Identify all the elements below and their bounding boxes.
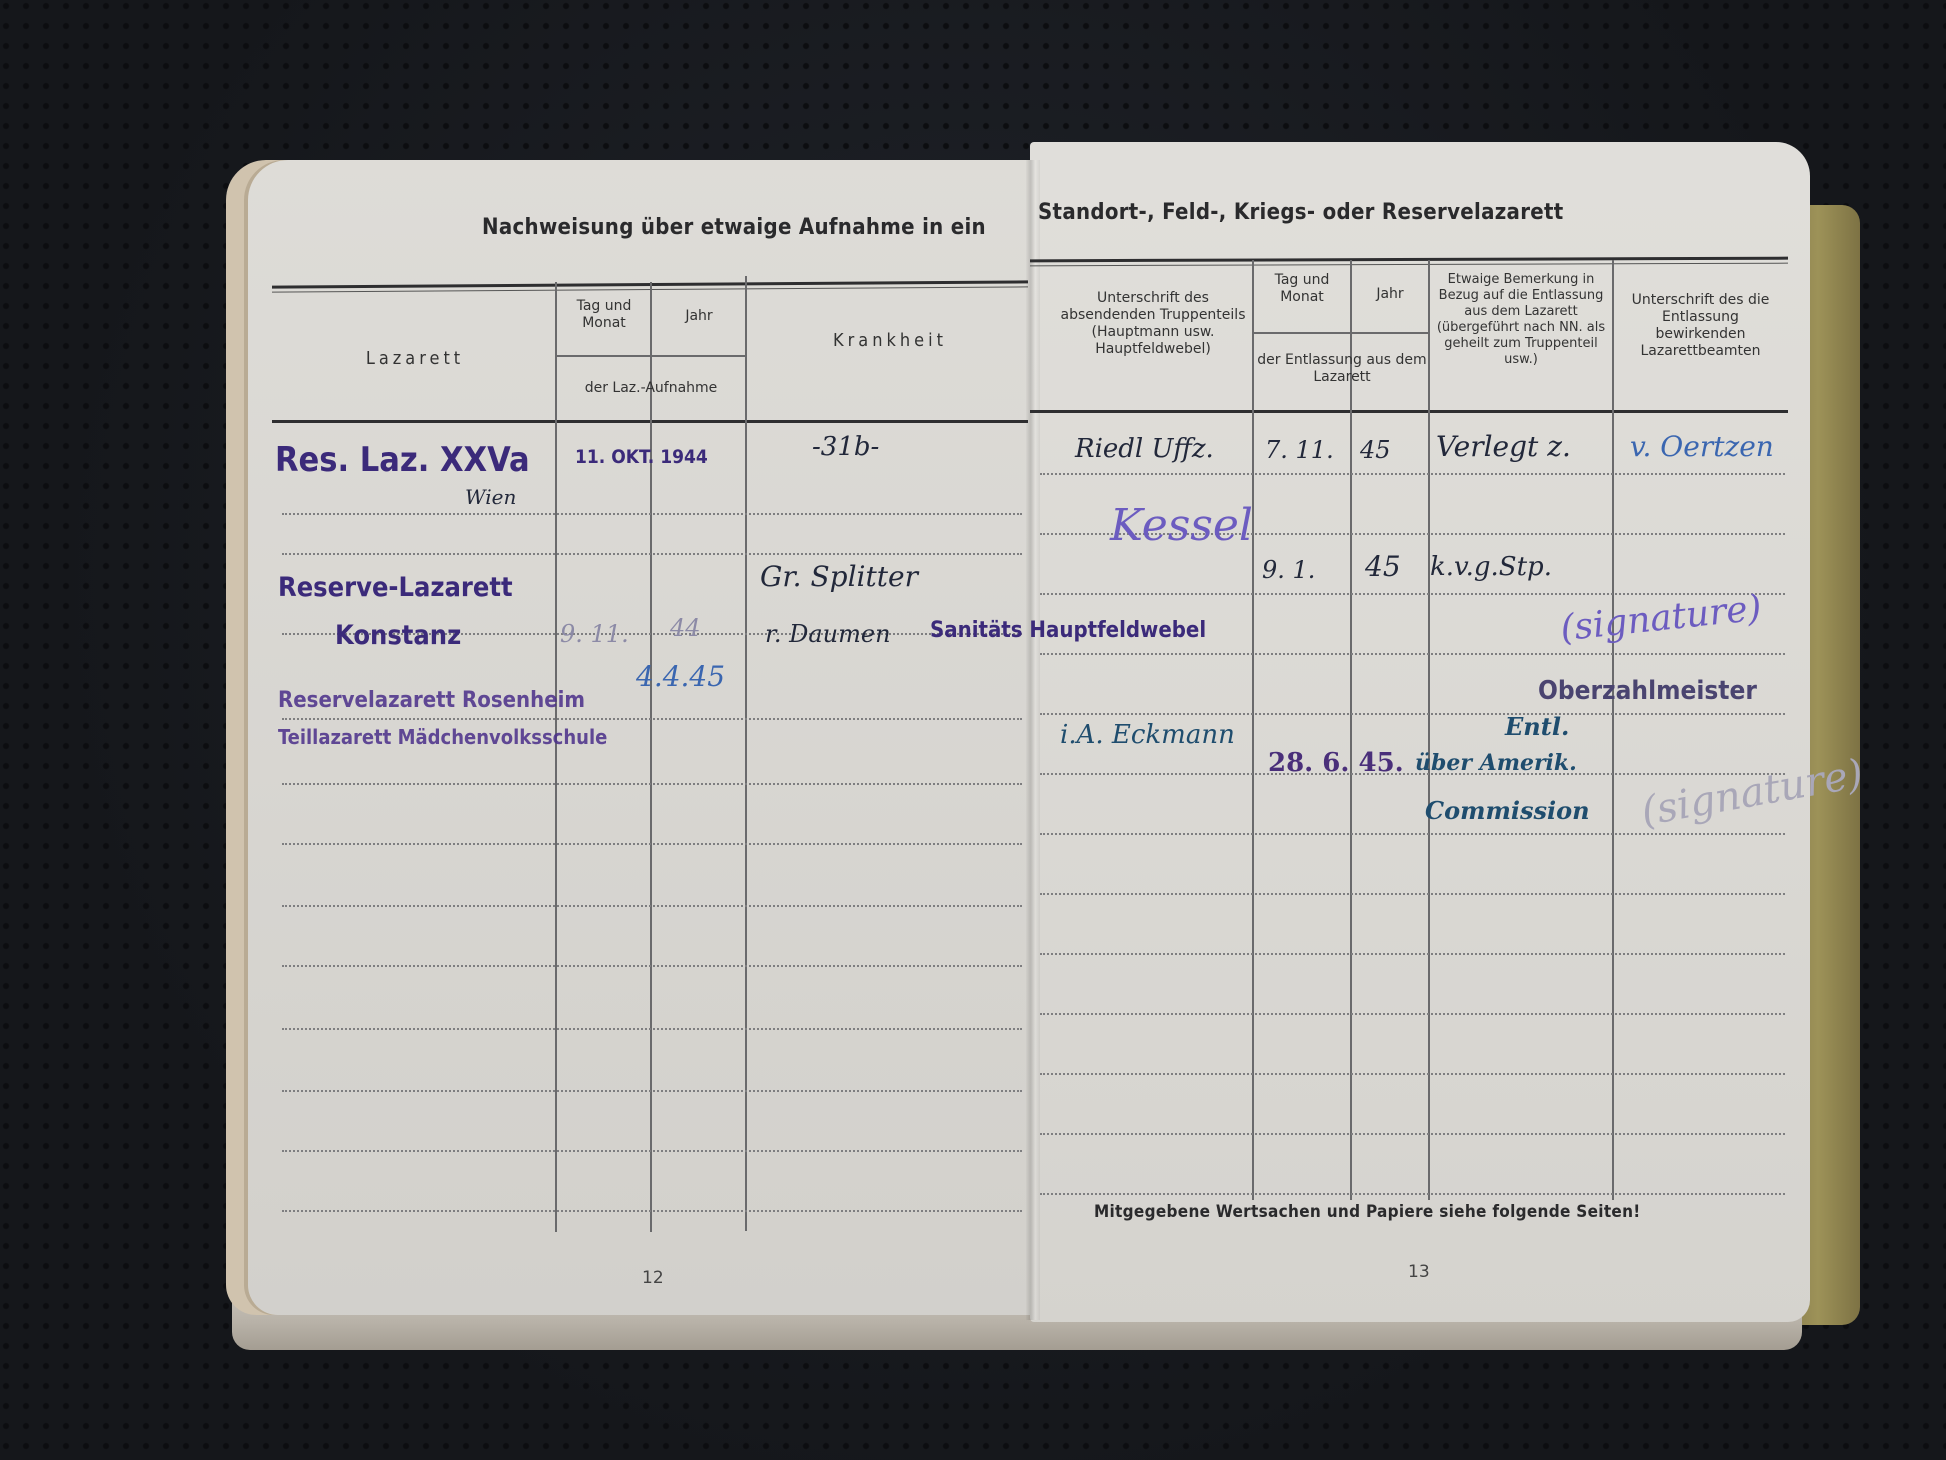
header-subdivider-right [1253,332,1429,334]
stamp-reservelazarett-rosenheim: Reservelazarett Rosenheim [278,688,585,713]
header-admission-year: Jahr [655,308,743,325]
footer-note: Mitgegebene Wertsachen und Papiere siehe… [1094,1202,1641,1222]
dotted-row-line [282,905,1022,907]
dotted-row-line [1040,653,1785,655]
krankheit-daumen: r. Daumen [765,620,891,648]
header-truppenteil-signature: Unterschrift des absendenden Truppenteil… [1058,290,1248,358]
dotted-row-line [1040,713,1785,715]
dotted-row-line [282,843,1022,845]
col-divider [1612,260,1614,1200]
col-divider [1252,260,1254,1200]
book-spine-fold [1026,160,1040,1320]
krankheit-splitter: Gr. Splitter [760,560,918,593]
page-number-right: 13 [1408,1262,1430,1282]
dotted-row-line [1040,1073,1785,1075]
stamp-admission-date: 11. OKT. 1944 [575,446,708,468]
header-krankheit: Krankheit [760,332,1020,349]
admission-year-2: 44 [670,614,701,642]
stamp-discharge-date: 28. 6. 45. [1268,748,1404,778]
dotted-row-line [1040,1193,1785,1195]
header-discharge-year: Jahr [1354,286,1426,303]
dotted-row-line [1040,593,1785,595]
dotted-row-line [282,1150,1022,1152]
dotted-row-line [282,513,1022,515]
dotted-row-line [1040,1013,1785,1015]
handwriting-wien: Wien [465,485,516,509]
header-lazarett: Lazarett [290,350,540,367]
title-right: Standort-, Feld-, Kriegs- oder Reservela… [1038,200,1564,225]
page-number-left: 12 [642,1268,664,1288]
dotted-row-line [1040,773,1785,775]
discharge-day-month-1: 7. 11. [1265,436,1334,464]
stamp-teillazarett: Teillazarett Mädchenvolksschule [278,725,607,749]
dotted-row-line [1040,1133,1785,1135]
stamp-konstanz: Konstanz [335,620,461,651]
dotted-row-line [282,1210,1022,1212]
dotted-row-line [282,718,1022,720]
discharge-year-1: 45 [1360,436,1391,464]
dotted-row-line [282,965,1022,967]
stamp-res-laz-xxva: Res. Laz. XXVa [275,440,530,480]
remark-ueber-amerik: über Amerik. [1415,750,1577,776]
stamp-sanitaets-hauptfeldwebel: Sanitäts Hauptfeldwebel [930,618,1206,643]
col-divider [1428,260,1430,1200]
remark-verlegt: Verlegt z. [1436,430,1571,463]
stamp-reserve-lazarett: Reserve-Lazarett [278,572,513,603]
remark-entl: Entl. [1505,712,1569,741]
remark-commission: Commission [1425,796,1590,825]
signature-v-oertzen: v. Oertzen [1630,430,1774,463]
admission-date-3: 4.4.45 [636,660,725,693]
discharge-year-2: 45 [1365,550,1401,583]
dotted-row-line [282,1028,1022,1030]
dotted-row-line [282,783,1022,785]
dotted-row-line [1040,893,1785,895]
signature-eckmann: i.A. Eckmann [1060,720,1235,750]
header-subdivider-left [556,355,746,357]
header-lazarett-signature: Unterschrift des die Entlassung bewirken… [1618,292,1783,360]
dotted-row-line [1040,473,1785,475]
col-divider [1350,260,1352,1200]
signature-kessel: Kessel [1110,500,1253,551]
header-bottom-rule-right [1030,410,1788,413]
header-admission-sub: der Laz.-Aufnahme [558,380,744,397]
col-divider [745,276,747,1231]
dotted-row-line [1040,833,1785,835]
dotted-row-line [282,1090,1022,1092]
dotted-row-line [282,553,1022,555]
header-bemerkung: Etwaige Bemerkung in Bezug auf die Entla… [1432,272,1610,368]
header-admission-day-month: Tag und Monat [560,298,648,332]
remark-kvg: k.v.g.Stp. [1430,552,1552,582]
discharge-day-month-2: 9. 1. [1262,556,1315,584]
stamp-oberzahlmeister: Oberzahlmeister [1538,676,1757,706]
header-discharge-sub: der Entlassung aus dem Lazarett [1256,352,1428,386]
handwriting-krankheit-code: -31b- [812,432,879,462]
signature-riedl: Riedl Uffz. [1075,434,1214,464]
admission-day-month-2: 9. 11. [560,620,629,648]
header-discharge-day-month: Tag und Monat [1256,272,1348,306]
title-left: Nachweisung über etwaige Aufnahme in ein [482,215,986,240]
dotted-row-line [1040,953,1785,955]
